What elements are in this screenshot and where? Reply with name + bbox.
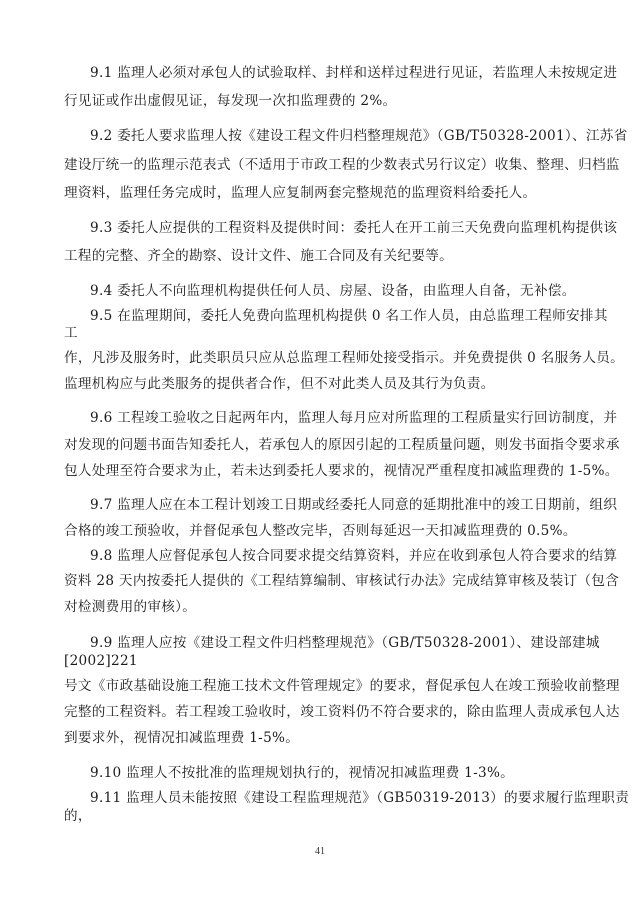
text-line: 合格的竣工预验收，并督促承包人整改完毕，否则每延迟一天扣减监理费的 0.5%。: [64, 523, 577, 539]
text-line: 的，: [64, 808, 92, 824]
page-number: 41: [0, 846, 640, 857]
text-line: 9.4 委托人不向监理机构提供任何人员、房屋、设备，由监理人自备，无补偿。: [90, 283, 576, 299]
text-line: 理资料，监理任务完成时，监理人应复制两套完整规范的监理资料给委托人。: [64, 185, 536, 201]
text-line: 9.9 监理人应按《建设工程文件归档整理规范》（GB/T50328-2001）、…: [90, 635, 600, 651]
text-line: 工: [64, 325, 78, 341]
text-line: 9.10 监理人不按批准的监理规划执行的，视情况扣减监理费 1-3%。: [90, 765, 514, 781]
text-line: 到要求外，视情况扣减监理费 1-5%。: [64, 730, 299, 746]
text-line: 作，凡涉及服务时，此类职员只应从总监理工程师处接受指示。并免费提供 0 名服务人…: [64, 350, 624, 366]
text-line: 9.11 监理人员未能按照《建设工程监理规范》（GB50319-2013）的要求…: [90, 790, 629, 806]
text-line: 9.7 监理人应在本工程计划竣工日期或经委托人同意的延期批准中的竣工日期前，组织: [90, 497, 617, 513]
text-line: 9.6 工程竣工验收之日起两年内，监理人每月应对所监理的工程质量实行回访制度，并: [90, 410, 617, 426]
text-line: 9.2 委托人要求监理人按《建设工程文件归档整理规范》（GB/T50328-20…: [90, 128, 628, 144]
text-line: 包人处理至符合要求为止，若未达到委托人要求的，视情况严重程度扣减监理费的 1-5…: [64, 463, 619, 479]
text-line: 号文《市政基础设施工程施工技术文件管理规定》的要求，督促承包人在竣工预验收前整理: [64, 678, 620, 694]
text-line: 9.3 委托人应提供的工程资料及提供时间：委托人在开工前三天免费向监理机构提供该: [90, 220, 617, 236]
document-page: 9.1 监理人必须对承包人的试验取样、封样和送样过程进行见证，若监理人未按规定进…: [0, 0, 640, 905]
text-line: [2002]221: [64, 653, 138, 669]
text-line: 9.5 在监理期间，委托人免费向监理机构提供 0 名工作人员，由总监理工程师安排…: [90, 308, 608, 324]
text-line: 建设厅统一的监理示范表式（不适用于市政工程的少数表式另行议定）收集、整理、归档监: [64, 157, 620, 173]
text-line: 行见证或作出虚假见证，每发现一次扣监理费的 2%。: [64, 93, 396, 109]
text-line: 9.1 监理人必须对承包人的试验取样、封样和送样过程进行见证，若监理人未按规定进: [90, 65, 617, 81]
text-line: 对检测费用的审核）。: [64, 599, 196, 615]
text-line: 完整的工程资料。若工程竣工验收时，竣工资料仍不符合要求的，除由监理人责成承包人达: [64, 704, 620, 720]
text-line: 9.8 监理人应督促承包人按合同要求提交结算资料，并应在收到承包人符合要求的结算: [90, 548, 617, 564]
text-line: 对发现的问题书面告知委托人，若承包人的原因引起的工程质量问题，则发书面指令要求承: [64, 437, 620, 453]
text-line: 资料 28 天内按委托人提供的《工程结算编制、审核试行办法》完成结算审核及装订（…: [64, 573, 619, 589]
text-line: 工程的完整、齐全的勘察、设计文件、施工合同及有关纪要等。: [64, 248, 453, 264]
text-line: 监理机构应与此类服务的提供者合作，但不对此类人员及其行为负责。: [64, 376, 495, 392]
